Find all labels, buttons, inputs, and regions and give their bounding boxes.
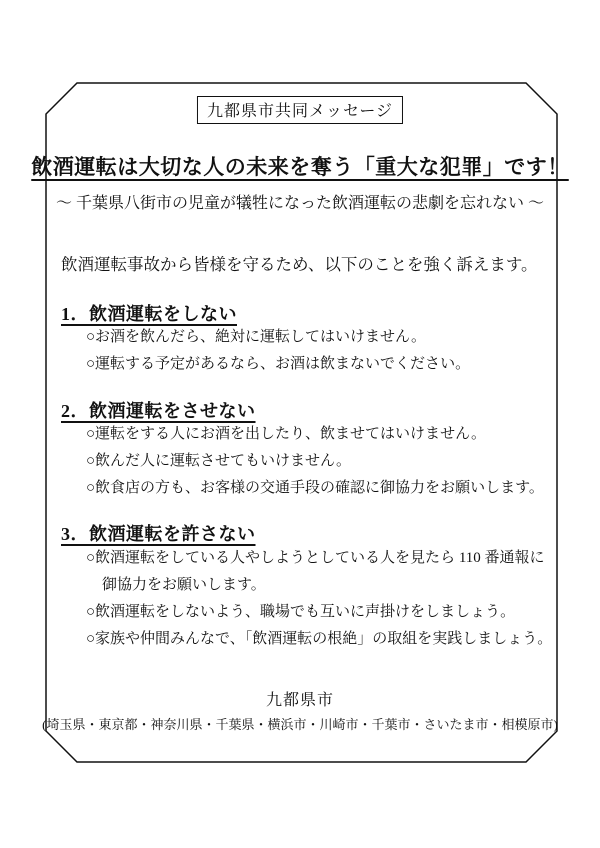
document-page: 九都県市共同メッセージ 飲酒運転は大切な人の未来を奪う「重大な犯罪」です！ ～ … bbox=[0, 0, 600, 848]
footer-organization: 九都県市 bbox=[0, 687, 600, 710]
section-2-bullets: ○運転をする人にお酒を出したり、飲ませてはいけません。 ○飲んだ人に運転させても… bbox=[86, 421, 544, 502]
bullet-item: ○運転をする人にお酒を出したり、飲ませてはいけません。 bbox=[86, 421, 544, 448]
footer-member-list: (埼玉県・東京都・神奈川県・千葉県・横浜市・川崎市・千葉市・さいたま市・相模原市… bbox=[0, 714, 600, 733]
bullet-item: ○飲酒運転をしている人やしようとしている人を見たら 110 番通報に bbox=[86, 545, 552, 572]
bullet-item: ○運転する予定があるなら、お酒は飲まないでください。 bbox=[86, 351, 470, 378]
intro-text: 飲酒運転事故から皆様を守るため、以下のことを強く訴えます。 bbox=[61, 251, 538, 275]
main-title: 飲酒運転は大切な人の未来を奪う「重大な犯罪」です！ bbox=[0, 151, 600, 181]
section-1-heading: 1．飲酒運転をしない bbox=[61, 300, 237, 326]
section-3-bullets: ○飲酒運転をしている人やしようとしている人を見たら 110 番通報に 御協力をお… bbox=[86, 545, 552, 653]
bullet-item: ○家族や仲間みんなで、「飲酒運転の根絶」の取組を実践しましょう。 bbox=[86, 626, 552, 653]
subtitle: ～ 千葉県八街市の児童が犠牲になった飲酒運転の悲劇を忘れない ～ bbox=[0, 190, 600, 213]
bullet-item: ○お酒を飲んだら、絶対に運転してはいけません。 bbox=[86, 324, 470, 351]
section-3-heading: 3．飲酒運転を許さない bbox=[61, 520, 256, 546]
bullet-item: ○飲食店の方も、お客様の交通手段の確認に御協力をお願いします。 bbox=[86, 475, 544, 502]
section-2-heading: 2．飲酒運転をさせない bbox=[61, 397, 256, 423]
header-box-title: 九都県市共同メッセージ bbox=[197, 96, 403, 124]
bullet-item-continuation: 御協力をお願いします。 bbox=[86, 572, 552, 599]
bullet-item: ○飲んだ人に運転させてもいけません。 bbox=[86, 448, 544, 475]
section-1-bullets: ○お酒を飲んだら、絶対に運転してはいけません。 ○運転する予定があるなら、お酒は… bbox=[86, 324, 470, 378]
bullet-item: ○飲酒運転をしないよう、職場でも互いに声掛けをしましょう。 bbox=[86, 599, 552, 626]
